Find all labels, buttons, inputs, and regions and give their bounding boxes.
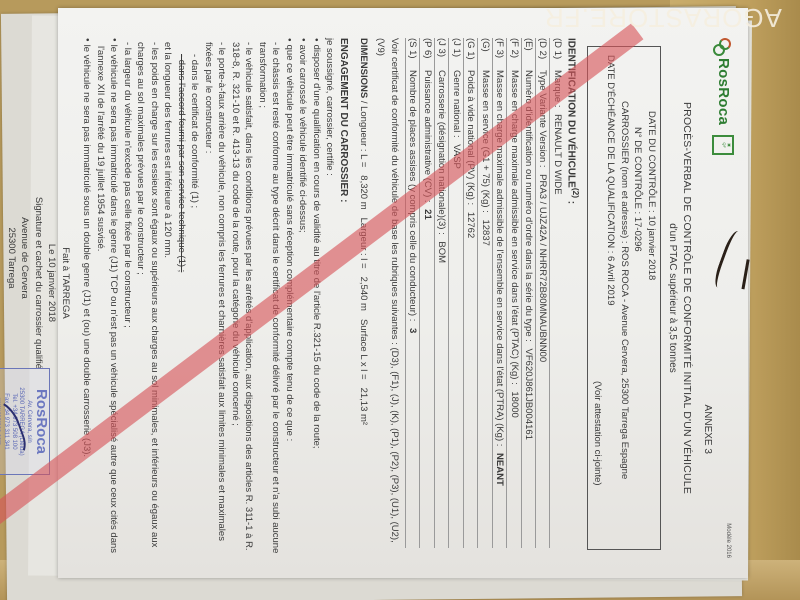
control-info-box: DATE DU CONTRÔLE : 10 janvier 2018 N° DE… bbox=[587, 46, 660, 550]
certificate-note: Voir certificat de conformité du véhicul… bbox=[374, 38, 401, 558]
bodybuilder: CARROSSIER (nom et adresse) : ROS ROCA -… bbox=[617, 51, 630, 541]
engagement-list: disposer d'une qualification en cours de… bbox=[282, 38, 322, 558]
quality-badge-icon: ▣QF bbox=[712, 135, 734, 155]
identification-field: (E)Numéro d'identification ou numéro d'o… bbox=[521, 38, 535, 548]
engagement-continuation: et la longueur des ferrures est inférieu… bbox=[161, 38, 174, 558]
engagement-sub-item: - le porte-à-faux arrière du véhicule, n… bbox=[201, 38, 228, 558]
company-stamp: RosRoca Av. Cervera, s/n 25300 TARREGA (… bbox=[0, 368, 50, 475]
rosroca-logo: RosRoca ▣QF bbox=[712, 38, 734, 155]
identification-field: (F 2)Masse en charge maximale admissible… bbox=[506, 38, 520, 548]
engagement-final-item: le véhicule ne sera pas immatriculé sous… bbox=[80, 46, 93, 558]
engagement-intro: je soussigné, carrossier, certifie : bbox=[323, 38, 336, 558]
attestation-note: (Voir attestation ci-jointe) bbox=[590, 51, 603, 541]
width-value: 2,540 m bbox=[356, 277, 369, 311]
identification-field: (F 3)Masse en charge maximale admissible… bbox=[492, 38, 506, 548]
document-title: PROCÈS-VERBAL DE CONTRÔLE DE CONFORMITÉ … bbox=[679, 38, 694, 558]
engagement-sub-item: - le châssis est resté conforme au type … bbox=[255, 38, 282, 558]
dimensions-row: DIMENSIONS / Longueur : L = 8,320 m Larg… bbox=[356, 38, 369, 558]
conformity-report-page: RosRoca ▣QF ANNEXE 3 Modèle 2016 PROCÈS-… bbox=[58, 8, 748, 578]
identification-field: (D 2)Type Variante Version : PRA3 / UJZ4… bbox=[535, 38, 549, 548]
engagement-continuation: - la largeur du véhicule n'excède pas ce… bbox=[120, 38, 133, 558]
identification-field: (P 6)Puissance administrative (CV) : 21 bbox=[419, 38, 433, 548]
document-subtitle: d'un PTAC supérieur à 3,5 tonnes bbox=[665, 38, 679, 558]
model-label: Modèle 2016 bbox=[723, 523, 732, 558]
signature-date: Le 10 janvier 2018 bbox=[45, 188, 58, 378]
engagement-final-list: le véhicule ne sera pas immatriculé dans… bbox=[80, 38, 120, 558]
control-date: DATE DU CONTRÔLE : 10 janvier 2018 bbox=[644, 51, 657, 541]
signature-block: Fait à TARREGA Le 10 janvier 2018 Signat… bbox=[4, 188, 71, 378]
rosroca-mark-icon bbox=[715, 38, 731, 54]
address-line-2: 25300 Tarrega bbox=[4, 138, 17, 378]
identification-field: (G)Masse en service (G1 + 75) (Kg) : 128… bbox=[477, 38, 491, 548]
annex-label: ANNEXE 3 bbox=[700, 404, 714, 453]
engagement-item: que ce véhicule peut être immatriculé sa… bbox=[282, 46, 295, 558]
control-number: N° DE CONTRÔLE : 17-0296 bbox=[631, 51, 644, 541]
engagement-sub-sub-item-struck: - dans l'accord fourni par son service t… bbox=[174, 38, 187, 558]
identification-field: (J 3)Carrosserie (désignation nationale)… bbox=[434, 38, 448, 548]
identification-field: (J 1)Genre national : VASP bbox=[448, 38, 462, 548]
signature-label: Signature et cachet du carrossier qualif… bbox=[31, 188, 44, 378]
engagement-sub-item: - le véhicule satisfait, dans les condit… bbox=[228, 38, 255, 558]
signature-place: Fait à TARREGA bbox=[58, 188, 71, 378]
surface-value: 21,13 m² bbox=[356, 388, 369, 426]
length-value: 8,320 m bbox=[356, 175, 369, 209]
identification-field: (G 1)Poids à vide national (PV) (Kg) : 1… bbox=[463, 38, 477, 548]
watermark: AGORASTORE.FR bbox=[544, 2, 782, 33]
identification-fields: (D 1)Marque : RENAULT D WIDE(D 2)Type Va… bbox=[405, 38, 564, 558]
engagement-final-item: le véhicule ne sera pas immatriculé dans… bbox=[93, 46, 120, 558]
document-photo: RosRoca ▣QF ANNEXE 3 Modèle 2016 PROCÈS-… bbox=[58, 8, 748, 578]
identification-title: IDENTIFICATION DU VÉHICULE(2) : bbox=[564, 38, 582, 558]
qualification-expiry: DATE D'ÉCHÉANCE DE LA QUALIFICATION : 6 … bbox=[604, 51, 617, 541]
engagement-continuation: - les poids en charge sur les essieux so… bbox=[134, 38, 161, 558]
identification-field: (S 1)Nombre de places assises (y compris… bbox=[405, 38, 419, 548]
identification-field: (D 1)Marque : RENAULT D WIDE bbox=[549, 38, 563, 548]
engagement-item: avoir carrossé le véhicule identifié ci-… bbox=[296, 46, 309, 558]
address-line-1: Avenue de Cervera bbox=[18, 138, 31, 378]
engagement-sub-sub-item: - dans le certificat de conformité (1) ; bbox=[188, 38, 201, 558]
engagement-title: ENGAGEMENT DU CARROSSIER : bbox=[336, 38, 350, 558]
engagement-item: disposer d'une qualification en cours de… bbox=[309, 46, 322, 558]
